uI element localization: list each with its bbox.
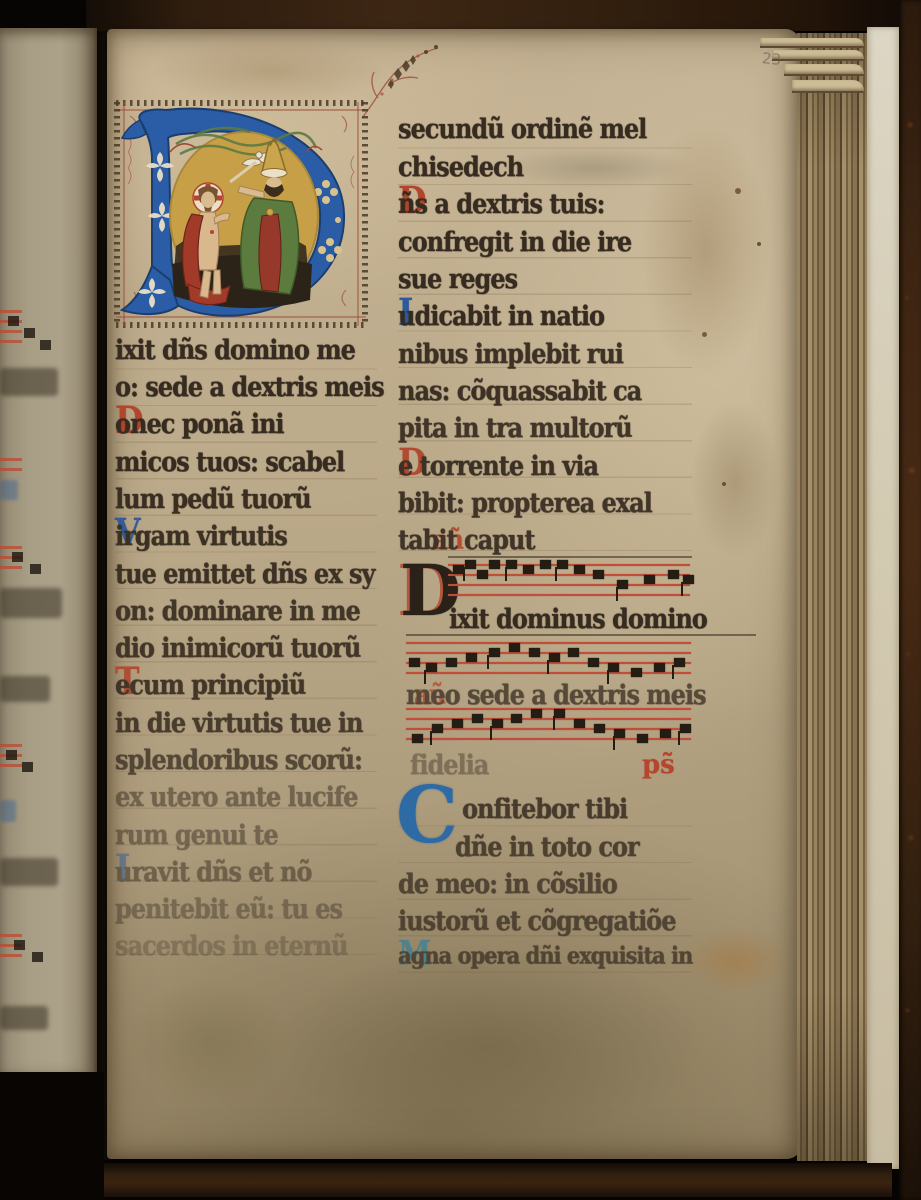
leather-texture — [902, 60, 918, 1140]
staff-line — [406, 708, 691, 710]
neume — [557, 560, 568, 569]
neume — [588, 658, 599, 667]
text-fragment — [0, 368, 58, 396]
neume — [593, 570, 604, 579]
neume — [654, 663, 665, 672]
neume-fragment — [22, 762, 33, 772]
staff-fragment — [0, 934, 22, 937]
leaf-edge — [784, 64, 864, 76]
showthrough — [500, 148, 690, 188]
neume — [644, 575, 655, 584]
neume — [614, 729, 625, 738]
initial-fragment — [0, 480, 18, 500]
stain — [130, 980, 290, 1100]
stain — [280, 950, 700, 1140]
staff-line — [448, 594, 690, 596]
neume-fragment — [12, 552, 23, 562]
illuminated-initial-C: C — [396, 780, 458, 852]
staff-line — [406, 728, 691, 730]
neume-fragment — [8, 316, 19, 326]
neume — [529, 648, 540, 657]
background-bottom-left — [0, 1072, 104, 1200]
music-staff — [406, 708, 691, 740]
staff-fragment — [0, 566, 22, 569]
staff-line — [406, 738, 691, 740]
staff-fragment — [0, 340, 22, 343]
neume — [511, 714, 522, 723]
wound — [210, 230, 214, 234]
text-fragment — [0, 1006, 48, 1030]
staff-line — [448, 584, 690, 586]
fore-edge-page-stack — [797, 33, 869, 1161]
neume — [594, 724, 605, 733]
leaf-edge — [792, 80, 864, 93]
folio-number: 23 — [761, 49, 782, 69]
manuscript-scan: 23 — [0, 0, 921, 1200]
stain — [690, 400, 780, 560]
neume — [523, 565, 534, 574]
illuminated-initial-block — [110, 96, 372, 332]
neume — [608, 663, 619, 672]
neume — [466, 653, 477, 662]
neume-fragment — [6, 750, 17, 760]
staff-fragment — [0, 744, 22, 747]
leaf-edge — [772, 50, 864, 61]
staff-line — [448, 564, 690, 566]
neume — [540, 560, 551, 569]
ruling-line — [448, 556, 692, 558]
staff-fragment — [0, 468, 22, 471]
neume — [492, 719, 503, 728]
flyleaf — [867, 27, 901, 1169]
chant-lyric: meo sede a dextris meisañ — [406, 678, 445, 710]
neume — [409, 658, 420, 667]
staff-line — [406, 642, 691, 644]
text-fragment — [0, 588, 62, 618]
neume — [637, 734, 648, 743]
staff-line — [406, 718, 691, 720]
neume — [506, 560, 517, 569]
staff-fragment — [0, 310, 22, 313]
leaf-edge — [760, 38, 864, 48]
music-staff — [406, 642, 691, 674]
neume — [477, 570, 488, 579]
neume — [412, 734, 423, 743]
neume — [568, 648, 579, 657]
neume-fragment — [14, 940, 25, 950]
stain — [680, 925, 790, 995]
neume — [531, 709, 542, 718]
neume — [617, 580, 628, 589]
neume — [465, 560, 476, 569]
neume — [680, 724, 691, 733]
staff-fragment — [0, 954, 22, 957]
text-fragment — [0, 858, 58, 886]
neume — [683, 575, 694, 584]
facing-page-edge — [0, 28, 97, 1076]
speck — [757, 242, 761, 246]
neume-fragment — [30, 564, 41, 574]
neume — [574, 719, 585, 728]
neume-fragment — [32, 952, 43, 962]
neume — [432, 724, 443, 733]
staff-fragment — [0, 330, 22, 333]
neume — [452, 719, 463, 728]
neume — [489, 648, 500, 657]
psalm-rubric: ps̃ — [642, 750, 675, 780]
neume — [446, 658, 457, 667]
initial-fragment — [0, 800, 16, 822]
speck — [702, 332, 707, 337]
staff-fragment — [0, 546, 22, 549]
neume — [674, 658, 685, 667]
neume — [509, 643, 520, 652]
leather-cover-bottom-edge — [92, 1163, 892, 1197]
neume — [549, 653, 560, 662]
neume — [660, 729, 671, 738]
neume — [631, 668, 642, 677]
red-robe — [259, 214, 281, 292]
neume-fragment — [24, 328, 35, 338]
staff-fragment — [0, 458, 22, 461]
speck — [735, 188, 741, 194]
neume — [668, 570, 679, 579]
neume — [453, 565, 464, 574]
text-fragment — [0, 676, 50, 702]
gold-clasp — [267, 209, 274, 216]
neume-fragment — [40, 340, 51, 350]
neume — [426, 663, 437, 672]
neume — [574, 565, 585, 574]
leather-cover-top-edge — [86, 0, 902, 31]
neume — [472, 714, 483, 723]
neume — [554, 709, 565, 718]
speck — [722, 482, 726, 486]
ruling-line — [406, 634, 756, 636]
neume — [489, 560, 500, 569]
music-staff — [448, 564, 690, 596]
staff-fragment — [0, 764, 22, 767]
